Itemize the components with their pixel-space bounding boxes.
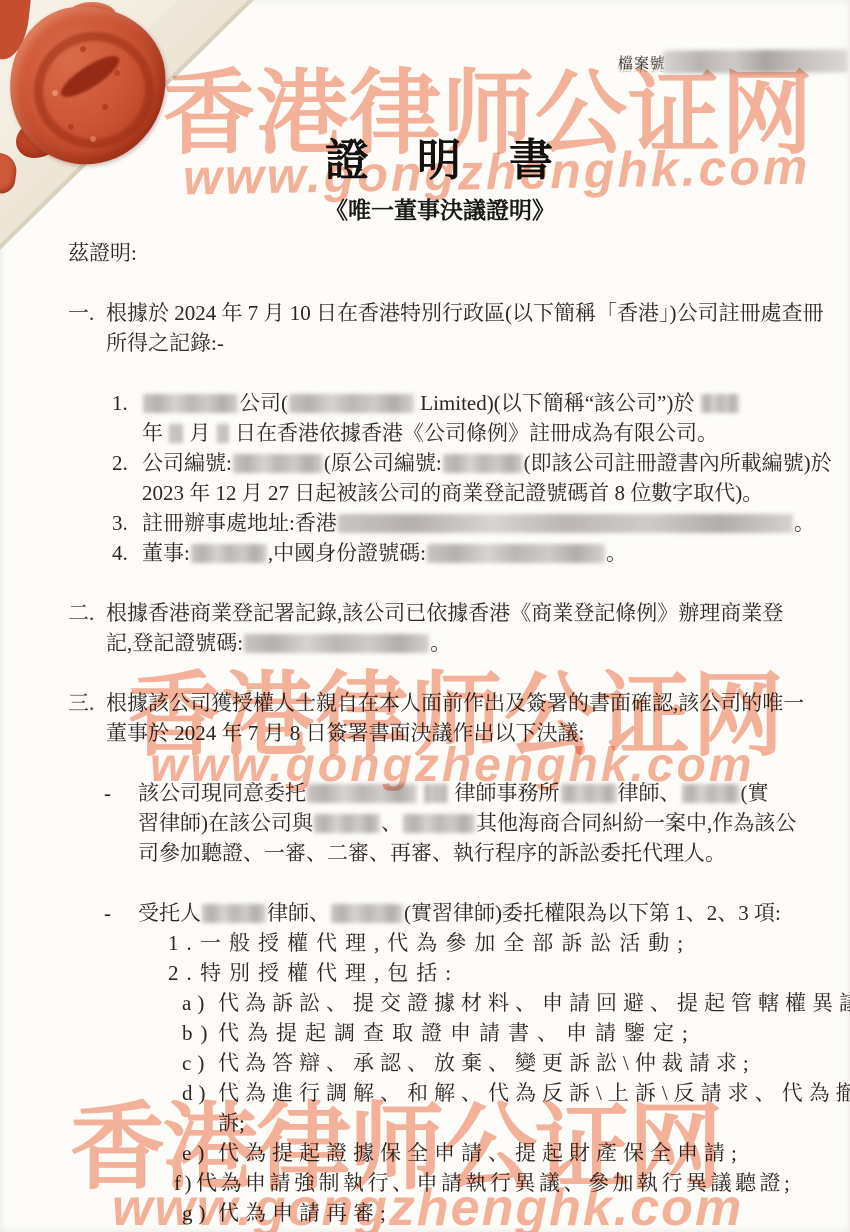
document-line: 習律師)在該公司與、其他海商合同糾紛一案中,作為該公 xyxy=(0,808,850,838)
text-run: 月 xyxy=(184,421,216,445)
document-line: 一.根據於 2024 年 7 月 10 日在香港特別行政區(以下簡稱「香港」)公… xyxy=(0,298,850,328)
text-run: 代為訴訟、提交證據材料、申請回避、提起管轄權異議; xyxy=(218,991,850,1015)
text-run: (即該公司註冊證書內所載編號)於 xyxy=(524,451,832,475)
redacted-text xyxy=(143,394,238,413)
document-line: 2023 年 12 月 27 日起被該公司的商業登記證號碼首 8 位數字取代)。 xyxy=(0,478,850,508)
redacted-text xyxy=(169,424,183,443)
redacted-text xyxy=(331,904,403,923)
line-marker: 1. xyxy=(168,928,200,958)
paragraph: 二.根據香港商業登記署記錄,該公司已依據香港《商業登記條例》辦理商業登記,登記證… xyxy=(0,598,850,658)
redacted-text xyxy=(244,634,429,653)
line-marker: 三. xyxy=(68,688,106,718)
document-line: 茲證明: xyxy=(0,238,850,268)
file-number-redacted xyxy=(663,49,848,73)
document-line: 記,登記證號碼:。 xyxy=(0,628,850,658)
redacted-text xyxy=(682,784,740,803)
scanned-certificate-page: 香港律师公证网 www.gongzhenghk.com 香港律师公证网 www.… xyxy=(0,0,850,1232)
line-marker: 2. xyxy=(168,958,200,988)
text-run: 習律師)在該公司與 xyxy=(138,811,313,835)
text-run: 司參加聽證、一審、二審、再審、執行程序的訴訟委托代理人。 xyxy=(138,841,726,865)
line-marker: 1. xyxy=(112,388,142,418)
document-line: e)代為提起證據保全申請、提起財產保全申請; xyxy=(0,1138,850,1168)
paragraph: 1.公司( Limited)(以下簡稱“該公司”)於 年 月 日在香港依據香港《… xyxy=(0,388,850,568)
text-run: ,中國身份證號碼: xyxy=(268,541,426,565)
text-run: 公司( xyxy=(239,391,288,415)
redacted-text xyxy=(403,814,475,833)
text-run: 董事於 2024 年 7 月 8 日簽署書面決議作出以下決議: xyxy=(106,721,584,745)
redacted-text xyxy=(191,544,267,563)
paragraph: 一.根據於 2024 年 7 月 10 日在香港特別行政區(以下簡稱「香港」)公… xyxy=(0,298,850,358)
paragraph: -受托人律師、(實習律師)委托權限為以下第 1、2、3 項:1.一般授權代理,代… xyxy=(0,898,850,1228)
document-line: c)代為答辯、承認、放棄、變更訴訟\仲裁請求; xyxy=(0,1048,850,1078)
page-subtitle: 《唯一董事決議證明》 xyxy=(15,192,850,225)
document-body: 茲證明:一.根據於 2024 年 7 月 10 日在香港特別行政區(以下簡稱「香… xyxy=(0,238,850,1228)
text-run: 2023 年 12 月 27 日起被該公司的商業登記證號碼首 8 位數字取代)。 xyxy=(142,481,763,505)
line-marker: f) xyxy=(174,1168,196,1198)
text-run: 律師事務所 xyxy=(449,781,559,805)
document-line: 董事於 2024 年 7 月 8 日簽署書面決議作出以下決議: xyxy=(0,718,850,748)
redacted-text xyxy=(289,394,414,413)
text-run: 。 xyxy=(606,541,627,565)
redacted-text xyxy=(307,784,417,803)
text-run: 特別授權代理,包括: xyxy=(200,961,459,985)
line-marker: d) xyxy=(182,1078,218,1108)
paragraph: 三.根據該公司獲授權人士親自在本人面前作出及簽署的書面確認,該公司的唯一董事於 … xyxy=(0,688,850,748)
line-marker: 一. xyxy=(68,298,106,328)
text-run: 。 xyxy=(430,631,451,655)
text-run: 董事: xyxy=(142,541,190,565)
text-run: 代為提起證據保全申請、提起財產保全申請; xyxy=(218,1141,743,1165)
line-marker: - xyxy=(104,778,138,808)
text-run: 代為提起調查取證申請書、申請鑒定; xyxy=(218,1021,696,1045)
redacted-text xyxy=(217,424,229,443)
text-run: 代為答辯、承認、放棄、變更訴訟\仲裁請求; xyxy=(218,1051,755,1075)
text-run: Limited)(以下簡稱“該公司”)於 xyxy=(415,391,700,415)
redacted-text xyxy=(202,904,266,923)
document-line: -該公司現同意委托 律師事務所律師、(實 xyxy=(0,778,850,808)
document-line: 司參加聽證、一審、二審、再審、執行程序的訴訟委托代理人。 xyxy=(0,838,850,868)
line-marker: 3. xyxy=(112,508,142,538)
redacted-text xyxy=(561,784,617,803)
text-run: 受托人 xyxy=(138,901,201,925)
line-marker: - xyxy=(104,898,138,928)
redacted-text xyxy=(233,454,323,473)
line-marker: 二. xyxy=(68,598,106,628)
document-line: 年 月 日在香港依據香港《公司條例》註冊成為有限公司。 xyxy=(0,418,850,448)
document-line: -受托人律師、(實習律師)委托權限為以下第 1、2、3 項: xyxy=(0,898,850,928)
text-run: 根據於 2024 年 7 月 10 日在香港特別行政區(以下簡稱「香港」)公司註… xyxy=(106,301,823,325)
line-marker: 2. xyxy=(112,448,142,478)
document-line: 1.一般授權代理,代為參加全部訴訟活動; xyxy=(0,928,850,958)
paragraph: 茲證明: xyxy=(0,238,850,268)
redacted-text xyxy=(424,784,448,803)
redacted-text xyxy=(314,814,380,833)
redacted-text xyxy=(427,544,605,563)
seal-texture xyxy=(80,46,86,52)
document-line: b)代為提起調查取證申請書、申請鑒定; xyxy=(0,1018,850,1048)
document-line: a)代為訴訟、提交證據材料、申請回避、提起管轄權異議; xyxy=(0,988,850,1018)
document-line: 1.公司( Limited)(以下簡稱“該公司”)於 xyxy=(0,388,850,418)
text-run xyxy=(418,781,423,805)
text-run: 代為申請強制執行、申請執行異議、參加執行異議聽證; xyxy=(196,1171,793,1195)
text-run: 律師、 xyxy=(267,901,330,925)
text-run: (實習律師)委托權限為以下第 1、2、3 項: xyxy=(404,901,781,925)
text-run: 其他海商合同糾紛一案中,作為該公 xyxy=(476,811,796,835)
line-marker: a) xyxy=(182,988,218,1018)
redacted-text xyxy=(701,394,739,413)
text-run: 茲證明: xyxy=(68,241,137,265)
document-line: f)代為申請強制執行、申請執行異議、參加執行異議聽證; xyxy=(0,1168,850,1198)
line-marker: 4. xyxy=(112,538,142,568)
text-run: 一般授權代理,代為參加全部訴訟活動; xyxy=(200,931,691,955)
text-run: 、 xyxy=(381,811,402,835)
text-run: (原公司編號: xyxy=(324,451,442,475)
document-line: d)代為進行調解、和解、代為反訴\上訴\反請求、代為撤 xyxy=(0,1078,850,1108)
document-line: 所得之記錄:- xyxy=(0,328,850,358)
document-line: 3.註冊辦事處地址:香港。 xyxy=(0,508,850,538)
document-line: 二.根據香港商業登記署記錄,該公司已依據香港《商業登記條例》辦理商業登 xyxy=(0,598,850,628)
document-line: 2.公司編號:(原公司編號:(即該公司註冊證書內所載編號)於 xyxy=(0,448,850,478)
redacted-text xyxy=(443,454,523,473)
text-run: (實 xyxy=(741,781,769,805)
text-run: 。 xyxy=(794,511,815,535)
paragraph: -該公司現同意委托 律師事務所律師、(實習律師)在該公司與、其他海商合同糾紛一案… xyxy=(0,778,850,868)
document-line: 三.根據該公司獲授權人士親自在本人面前作出及簽署的書面確認,該公司的唯一 xyxy=(0,688,850,718)
text-run: 根據該公司獲授權人士親自在本人面前作出及簽署的書面確認,該公司的唯一 xyxy=(106,691,804,715)
text-run: 所得之記錄:- xyxy=(106,331,224,355)
document-line: 2.特別授權代理,包括: xyxy=(0,958,850,988)
line-marker: e) xyxy=(182,1138,218,1168)
line-marker: c) xyxy=(182,1048,218,1078)
text-run: 註冊辦事處地址:香港 xyxy=(142,511,337,535)
document-line: 訴; xyxy=(0,1108,850,1138)
text-run: 代為進行調解、和解、代為反訴\上訴\反請求、代為撤 xyxy=(218,1081,850,1105)
line-marker: b) xyxy=(182,1018,218,1048)
text-run: 律師、 xyxy=(618,781,681,805)
text-run: 根據香港商業登記署記錄,該公司已依據香港《商業登記條例》辦理商業登 xyxy=(106,601,783,625)
line-marker: g) xyxy=(182,1198,218,1228)
text-run: 年 xyxy=(142,421,168,445)
text-run: 該公司現同意委托 xyxy=(138,781,306,805)
redacted-text xyxy=(338,514,793,533)
text-run: 代為申請再審; xyxy=(218,1201,392,1225)
page-title: 證 明 書 xyxy=(15,124,850,188)
document-line: g)代為申請再審; xyxy=(0,1198,850,1228)
text-run: 記,登記證號碼: xyxy=(106,631,243,655)
text-run: 公司編號: xyxy=(142,451,232,475)
text-run: 日在香港依據香港《公司條例》註冊成為有限公司。 xyxy=(230,421,718,445)
document-line: 4.董事:,中國身份證號碼:。 xyxy=(0,538,850,568)
text-run: 訴; xyxy=(218,1111,245,1135)
